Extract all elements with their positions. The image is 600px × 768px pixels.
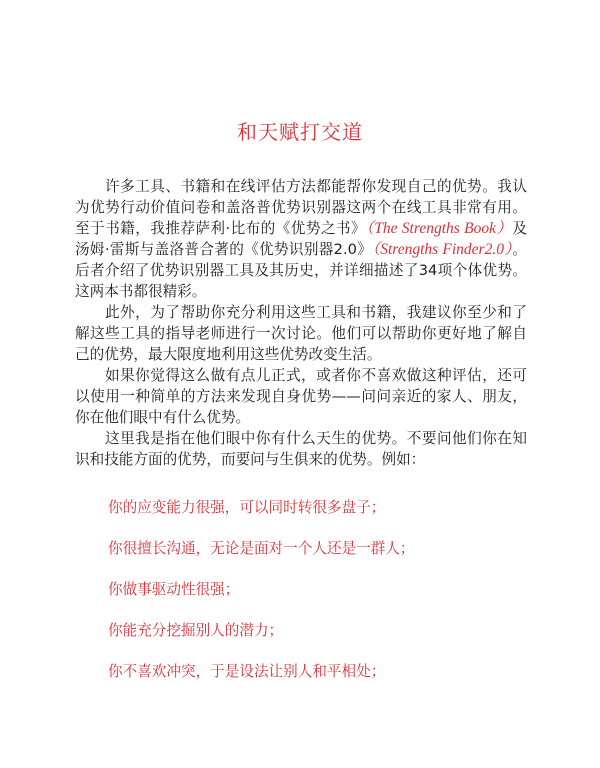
document-page: 和天赋打交道 许多工具、书籍和在线评估方法都能帮你发现自己的优势。我认为优势行动…: [0, 0, 600, 768]
paragraph-4-text: 这里我是指在他们眼中你有什么天生的优势。不要问他们你在知识和技能方面的优势，而要…: [75, 430, 527, 468]
example-item: 你的应变能力很强，可以同时转很多盘子；: [108, 497, 528, 518]
page-title: 和天赋打交道: [0, 118, 600, 146]
example-item: 你能充分挖掘别人的潜力；: [108, 620, 528, 641]
paragraph-3: 如果你觉得这么做有点儿正式，或者你不喜欢做这种评估，还可以使用一种简单的方法来发…: [75, 365, 527, 428]
paragraph-2: 此外，为了帮助你充分利用这些工具和书籍，我建议你至少和了解这些工具的指导老师进行…: [75, 302, 527, 365]
paragraph-4: 这里我是指在他们眼中你有什么天生的优势。不要问他们你在知识和技能方面的优势，而要…: [75, 428, 527, 470]
example-item: 你不喜欢冲突，于是设法让别人和平相处；: [108, 661, 528, 682]
paragraph-1: 许多工具、书籍和在线评估方法都能帮你发现自己的优势。我认为优势行动价值问卷和盖洛…: [75, 176, 527, 302]
paragraph-2-text: 此外，为了帮助你充分利用这些工具和书籍，我建议你至少和了解这些工具的指导老师进行…: [75, 304, 527, 363]
book-title-english-strengths-book: （The Strengths Book）: [366, 220, 512, 237]
example-list: 你的应变能力很强，可以同时转很多盘子； 你很擅长沟通，无论是面对一个人还是一群人…: [108, 497, 528, 702]
example-item: 你做事驱动性很强；: [108, 579, 528, 600]
book-title-english-strengths-finder: （Strengths Finder2.0）: [372, 241, 512, 258]
example-item: 你很擅长沟通，无论是面对一个人还是一群人；: [108, 538, 528, 559]
body-text: 许多工具、书籍和在线评估方法都能帮你发现自己的优势。我认为优势行动价值问卷和盖洛…: [75, 176, 527, 470]
paragraph-3-text: 如果你觉得这么做有点儿正式，或者你不喜欢做这种评估，还可以使用一种简单的方法来发…: [75, 367, 527, 426]
